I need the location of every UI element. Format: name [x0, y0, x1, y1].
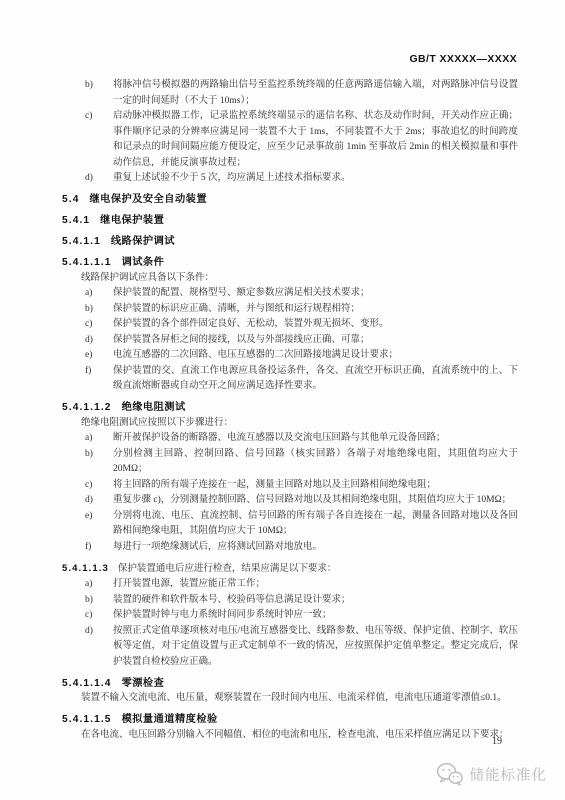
section-heading: 5.4.1.1.4零漂检查 — [62, 676, 518, 692]
heading-number: 5.4.1.1.5 — [62, 714, 112, 725]
ordered-list: b)将脉冲信号模拟器的两路输出信号至监控系统终端的任意两路遥信输入端，对两路脉冲… — [62, 78, 518, 187]
list-item-label: d) — [85, 333, 113, 349]
standard-number-header: GB/T XXXXX—XXXX — [409, 53, 517, 65]
list-item-text: 保护装置时钟与电力系统时间同步系统时钟应一致； — [113, 608, 518, 624]
list-item: c)保护装置的各个部件固定良好、无松动，装置外观无损坏、变形。 — [62, 317, 518, 333]
list-item-label: f) — [85, 540, 113, 556]
heading-number: 5.4.1 — [62, 215, 90, 226]
ordered-list: a)打开装置电源，装置应能正常工作；b)装置的硬件和软件版本号、校验码等信息满足… — [62, 577, 518, 670]
heading-title: 继电保护及安全自动装置 — [89, 194, 207, 205]
list-item-text: 保护装置的各个部件固定良好、无松动，装置外观无损坏、变形。 — [113, 317, 518, 333]
paragraph: 绝缘电阻测试应按照以下步骤进行： — [62, 416, 518, 432]
heading-title: 调试条件 — [122, 257, 165, 268]
list-item-label: e) — [85, 348, 113, 364]
paragraph: 线路保护调试应具备以下条件： — [62, 271, 518, 287]
list-item-text: 电流互感器的二次回路、电压互感器的二次回路接地满足设计要求； — [113, 348, 518, 364]
list-item-text: 分别将电流、电压、直流控制、信号回路的所有端子各自连接在一起，测量各回路对地以及… — [113, 509, 518, 540]
list-item: e)电流互感器的二次回路、电压互感器的二次回路接地满足设计要求； — [62, 348, 518, 364]
document-page: GB/T XXXXX—XXXX b)将脉冲信号模拟器的两路输出信号至监控系统终端… — [0, 0, 565, 800]
list-item: d)重复上述试验不少于 5 次，均应满足上述技术指标要求。 — [62, 171, 518, 187]
list-item-text: 保护装置的配置、规格型号、额定参数应满足相关技术要求； — [113, 286, 518, 302]
heading-number: 5.4.1.1.1 — [62, 257, 112, 268]
watermark: 储能标准化 — [436, 762, 548, 786]
list-item-text: 按照正式定值单逐项核对电压/电流互感器变比、线路参数、电压等级、保护定值、控制字… — [113, 624, 518, 671]
list-item-label: b) — [85, 78, 113, 109]
list-item: a)打开装置电源，装置应能正常工作； — [62, 577, 518, 593]
section-heading: 5.4.1.1.1调试条件 — [62, 255, 518, 271]
heading-title: 模拟量通道精度检验 — [122, 714, 218, 725]
standard-number-text: GB/T XXXXX—XXXX — [409, 53, 517, 65]
wechat-icon — [436, 762, 463, 786]
heading-title: 绝缘电阻测试 — [122, 402, 186, 413]
list-item-label: c) — [85, 478, 113, 494]
list-item-text: 断开被保护设备的断路器、电流互感器以及交流电压回路与其他单元设备回路； — [113, 431, 518, 447]
paragraph: 在各电流、电压回路分别输入不同幅值、相位的电流和电压，检查电流、电压采样值应满足… — [62, 728, 518, 744]
list-item: d)按照正式定值单逐项核对电压/电流互感器变比、线路参数、电压等级、保护定值、控… — [62, 624, 518, 671]
list-item-label: a) — [85, 286, 113, 302]
list-item-text: 保护装置各屏柜之间的接线，以及与外部接线应正确、可靠； — [113, 333, 518, 349]
list-item: d)重复步骤 c)，分别测量控制回路、信号回路对地以及其相间绝缘电阻，其阻值均应… — [62, 493, 518, 509]
list-item: c)启动脉冲模拟器工作，记录监控系统终端显示的遥信名称、状态及动作时间，开关动作… — [62, 109, 518, 171]
list-item: b)分别检测主回路、控制回路、信号回路（核实回路）各端子对地绝缘电阻，其阻值均应… — [62, 447, 518, 478]
list-item-label: b) — [85, 302, 113, 318]
clause-text: 保护装置通电后应进行检查，结果应满足以下要求： — [118, 564, 337, 574]
list-item-text: 装置的硬件和软件版本号、校验码等信息满足设计要求； — [113, 593, 518, 609]
list-item-label: d) — [85, 171, 113, 187]
list-item-text: 重复步骤 c)，分别测量控制回路、信号回路对地以及其相间绝缘电阻，其阻值均应大于… — [113, 493, 518, 509]
list-item: f)保护装置的交、直流工作电源应具备投运条件，各交、直流空开标识正确，直流系统中… — [62, 364, 518, 395]
heading-number: 5.4.1.1.2 — [62, 402, 112, 413]
list-item-text: 将脉冲信号模拟器的两路输出信号至监控系统终端的任意两路遥信输入端，对两路脉冲信号… — [113, 78, 518, 109]
section-heading: 5.4.1.1.5模拟量通道精度检验 — [62, 712, 518, 728]
heading-title: 继电保护装置 — [100, 215, 164, 226]
list-item-text: 分别检测主回路、控制回路、信号回路（核实回路）各端子对地绝缘电阻，其阻值均应大于… — [113, 447, 518, 478]
section-heading: 5.4继电保护及安全自动装置 — [62, 192, 518, 208]
list-item: b)装置的硬件和软件版本号、校验码等信息满足设计要求； — [62, 593, 518, 609]
section-heading: 5.4.1继电保护装置 — [62, 213, 518, 229]
list-item: a)保护装置的配置、规格型号、额定参数应满足相关技术要求； — [62, 286, 518, 302]
document-body: b)将脉冲信号模拟器的两路输出信号至监控系统终端的任意两路遥信输入端，对两路脉冲… — [62, 78, 518, 743]
list-item-label: f) — [85, 364, 113, 395]
list-item-text: 打开装置电源，装置应能正常工作； — [113, 577, 518, 593]
list-item-label: c) — [85, 317, 113, 333]
list-item-label: b) — [85, 447, 113, 478]
ordered-list: a)断开被保护设备的断路器、电流互感器以及交流电压回路与其他单元设备回路；b)分… — [62, 431, 518, 555]
list-item-label: c) — [85, 608, 113, 624]
list-item-text: 保护装置的交、直流工作电源应具备投运条件，各交、直流空开标识正确，直流系统中的上… — [113, 364, 518, 395]
list-item-text: 重复上述试验不少于 5 次，均应满足上述技术指标要求。 — [113, 171, 518, 187]
list-item-label: d) — [85, 624, 113, 671]
list-item-text: 保护装置的标识应正确、清晰，并与图纸和运行规程相符； — [113, 302, 518, 318]
section-heading: 5.4.1.1线路保护调试 — [62, 234, 518, 250]
list-item: e)分别将电流、电压、直流控制、信号回路的所有端子各自连接在一起，测量各回路对地… — [62, 509, 518, 540]
list-item: b)将脉冲信号模拟器的两路输出信号至监控系统终端的任意两路遥信输入端，对两路脉冲… — [62, 78, 518, 109]
paragraph: 装置不输入交流电流、电压量，观察装置在一段时间内电压、电流采样值，电流电压通道零… — [62, 691, 518, 707]
heading-number: 5.4.1.1.4 — [62, 678, 112, 689]
list-item: c)保护装置时钟与电力系统时间同步系统时钟应一致； — [62, 608, 518, 624]
section-heading: 5.4.1.1.2绝缘电阻测试 — [62, 400, 518, 416]
heading-number: 5.4 — [62, 194, 79, 205]
list-item-label: a) — [85, 577, 113, 593]
list-item-label: b) — [85, 593, 113, 609]
heading-title: 线路保护调试 — [111, 236, 175, 247]
list-item: c)将主回路的所有端子连接在一起，测量主回路对地以及主回路相间绝缘电阻； — [62, 478, 518, 494]
list-item-text: 每进行一项绝缘测试后，应将测试回路对地放电。 — [113, 540, 518, 556]
list-item: f)每进行一项绝缘测试后，应将测试回路对地放电。 — [62, 540, 518, 556]
list-item-label: d) — [85, 493, 113, 509]
heading-number: 5.4.1.1 — [62, 236, 101, 247]
clause-heading: 5.4.1.1.3保护装置通电后应进行检查，结果应满足以下要求： — [62, 561, 518, 578]
page-number: 19 — [492, 736, 502, 747]
heading-number: 5.4.1.1.3 — [62, 563, 109, 574]
list-item: a)断开被保护设备的断路器、电流互感器以及交流电压回路与其他单元设备回路； — [62, 431, 518, 447]
list-item-label: a) — [85, 431, 113, 447]
list-item-text: 启动脉冲模拟器工作，记录监控系统终端显示的遥信名称、状态及动作时间，开关动作应正… — [113, 109, 518, 171]
heading-title: 零漂检查 — [122, 678, 165, 689]
list-item: b)保护装置的标识应正确、清晰，并与图纸和运行规程相符； — [62, 302, 518, 318]
list-item-label: e) — [85, 509, 113, 540]
list-item-text: 将主回路的所有端子连接在一起，测量主回路对地以及主回路相间绝缘电阻； — [113, 478, 518, 494]
watermark-text: 储能标准化 — [470, 764, 548, 785]
list-item: d)保护装置各屏柜之间的接线，以及与外部接线应正确、可靠； — [62, 333, 518, 349]
ordered-list: a)保护装置的配置、规格型号、额定参数应满足相关技术要求；b)保护装置的标识应正… — [62, 286, 518, 395]
list-item-label: c) — [85, 109, 113, 171]
